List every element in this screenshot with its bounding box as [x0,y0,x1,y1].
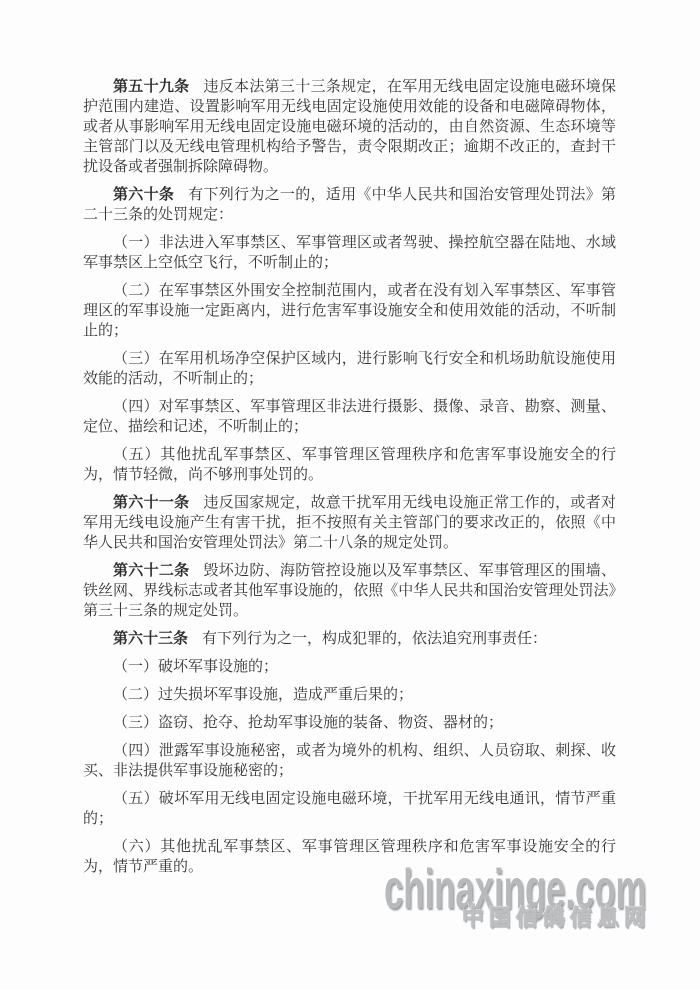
paragraph-text: （二）在军事禁区外围安全控制范围内，或者在没有划入军事禁区、军事管理区的军事设施… [83,283,616,339]
paragraph-text: （一）破坏军事设施的； [113,659,278,675]
paragraph: 第六十一条违反国家规定，故意干扰军用无线电设施正常工作的，或者对军用无线电设施产… [83,493,616,553]
paragraph: 第六十三条有下列行为之一，构成犯罪的，依法追究刑事责任： [83,629,616,649]
paragraph: （四）泄露军事设施秘密，或者为境外的机构、组织、人员窃取、刺探、收买、非法提供军… [83,741,616,781]
document-content: 第五十九条违反本法第三十三条规定，在军用无线电固定设施电磁环境保护范围内建造、设… [83,77,616,885]
paragraph-text: （六）其他扰乱军事禁区、军事管理区管理秩序和危害军事设施安全的行为，情节严重的。 [83,839,616,875]
paragraph-text: （四）泄露军事设施秘密，或者为境外的机构、组织、人员窃取、刺探、收买、非法提供军… [83,743,616,779]
paragraph: （五）破坏军用无线电固定设施电磁环境，干扰军用无线电通讯，情节严重的； [83,789,616,829]
paragraph-text: （一）非法进入军事禁区、军事管理区或者驾驶、操控航空器在陆地、水域军事禁区上空低… [83,235,616,271]
paragraph-text: （二）过失损坏军事设施，造成严重后果的； [113,687,413,703]
paragraph: （一）非法进入军事禁区、军事管理区或者驾驶、操控航空器在陆地、水域军事禁区上空低… [83,233,616,273]
paragraph: （一）破坏军事设施的； [83,657,616,677]
paragraph-text: （五）破坏军用无线电固定设施电磁环境，干扰军用无线电通讯，情节严重的； [83,791,616,827]
document-page: 第五十九条违反本法第三十三条规定，在军用无线电固定设施电磁环境保护范围内建造、设… [0,0,700,990]
paragraph-text: （三）盗窃、抢夺、抢劫军事设施的装备、物资、器材的； [113,715,503,731]
watermark-site-name: 中国信鸽信息网 [462,904,651,932]
paragraph: （四）对军事禁区、军事管理区非法进行摄影、摄像、录音、勘察、测量、定位、描绘和记… [83,397,616,437]
paragraph: 第六十条有下列行为之一的，适用《中华人民共和国治安管理处罚法》第二十三条的处罚规… [83,185,616,225]
paragraph: （二）在军事禁区外围安全控制范围内，或者在没有划入军事禁区、军事管理区的军事设施… [83,281,616,341]
paragraph-text: 有下列行为之一，构成犯罪的，依法追究刑事责任： [202,631,547,647]
paragraph: （二）过失损坏军事设施，造成严重后果的； [83,685,616,705]
paragraph: 第六十二条毁坏边防、海防管控设施以及军事禁区、军事管理区的围墙、铁丝网、界线标志… [83,561,616,621]
article-number: 第六十三条 [113,631,188,647]
paragraph-text: （三）在军用机场净空保护区域内，进行影响飞行安全和机场助航设施使用效能的活动，不… [83,351,616,387]
paragraph: （三）在军用机场净空保护区域内，进行影响飞行安全和机场助航设施使用效能的活动，不… [83,349,616,389]
article-number: 第六十条 [113,187,174,203]
article-number: 第六十二条 [113,563,189,579]
paragraph-text: （五）其他扰乱军事禁区、军事管理区管理秩序和危害军事设施安全的行为，情节轻微，尚… [83,447,616,483]
article-number: 第六十一条 [113,495,189,511]
paragraph: （五）其他扰乱军事禁区、军事管理区管理秩序和危害军事设施安全的行为，情节轻微，尚… [83,445,616,485]
paragraph: 第五十九条违反本法第三十三条规定，在军用无线电固定设施电磁环境保护范围内建造、设… [83,77,616,177]
paragraph: （六）其他扰乱军事禁区、军事管理区管理秩序和危害军事设施安全的行为，情节严重的。 [83,837,616,877]
paragraph: （三）盗窃、抢夺、抢劫军事设施的装备、物资、器材的； [83,713,616,733]
paragraph-text: （四）对军事禁区、军事管理区非法进行摄影、摄像、录音、勘察、测量、定位、描绘和记… [83,399,616,435]
article-number: 第五十九条 [113,79,189,95]
